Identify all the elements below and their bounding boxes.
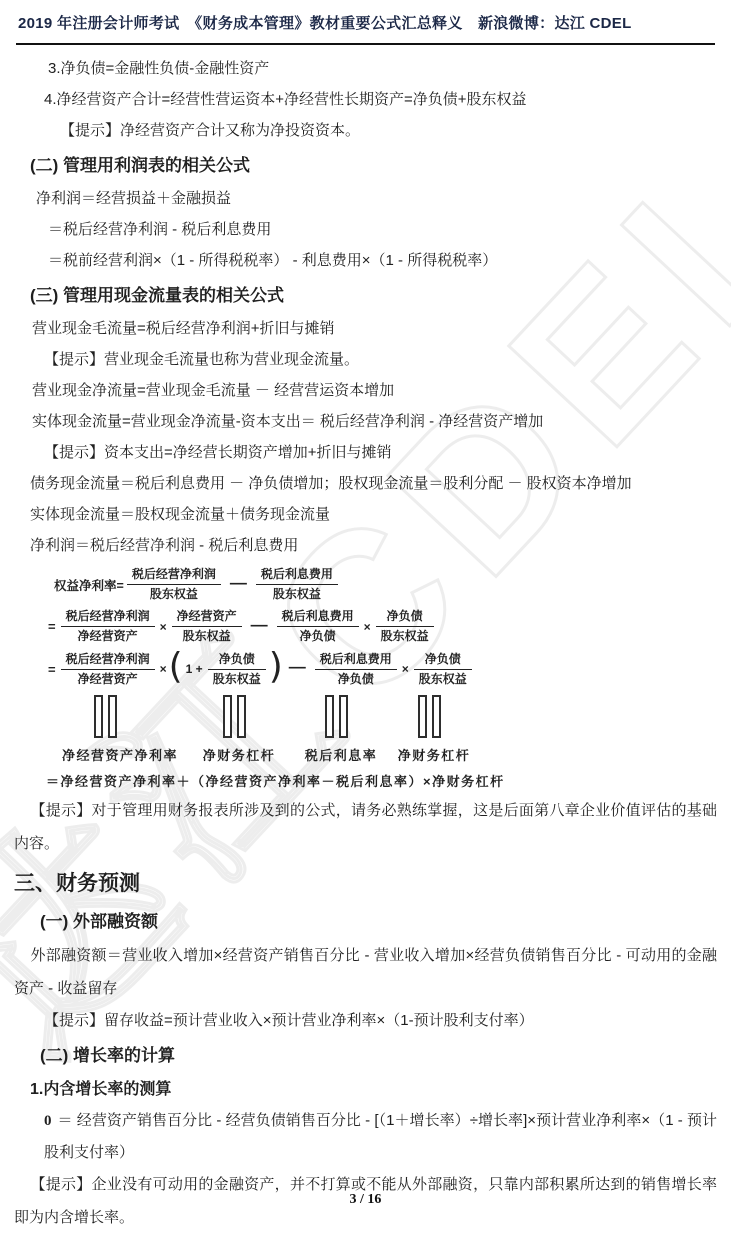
- heading-growth-rate: (二) 增长率的计算: [14, 1039, 717, 1073]
- formula-net-operating-assets: 4.净经营资产合计=经营性营运资本+净经营性长期资产=净负债+股东权益: [14, 84, 717, 115]
- formula-net-profit-2: ＝税后经营净利润 - 税后利息费用: [14, 214, 717, 245]
- formula-net-operating-cashflow: 营业现金净流量=营业现金毛流量 － 经营营运资本增加: [14, 375, 717, 406]
- formula-net-profit-4: 净利润＝税后经营净利润 - 税后利息费用: [14, 530, 717, 561]
- minus-sign: —: [230, 573, 247, 593]
- formula-net-profit-3: ＝税前经营利润×（1 - 所得税税率） - 利息费用×（1 - 所得税税率）: [14, 245, 717, 276]
- equivalence-bars-icon: [418, 695, 441, 738]
- fraction-npat-over-noa: 税后经营净利润 净经营资产: [61, 609, 155, 644]
- equivalence-bars-icon: [94, 695, 117, 738]
- roe-lead: 权益净利率=: [34, 576, 124, 594]
- page-body: 2019 年注册会计师考试 《财务成本管理》教材重要公式汇总释义 新浪微博：达江…: [0, 0, 731, 1234]
- page-number: 3 / 16: [0, 1192, 731, 1208]
- times-sign: ×: [402, 662, 409, 676]
- equals-sign: =: [34, 662, 58, 677]
- minus-sign: —: [251, 615, 268, 635]
- minus-sign: —: [289, 657, 306, 677]
- left-paren: (: [169, 649, 183, 685]
- fraction-noa-over-equity: 净经营资产 股东权益: [172, 609, 242, 644]
- equals-sign: =: [34, 619, 58, 634]
- heading-internal-growth-rate: 1.内含增长率的测算: [14, 1075, 717, 1105]
- internal-growth-expression: ＝ 经营资产销售百分比 - 经营负债销售百分比 - [（1＋增长率）÷增长率]×…: [44, 1112, 717, 1161]
- roe-row-3: = 税后经营净利润 净经营资产 × ( 1 + 净负债 股东权益 ) —: [34, 651, 717, 687]
- formula-net-debt: 3.净负债=金融性负债-金融性资产: [14, 53, 717, 84]
- times-sign: ×: [160, 662, 167, 676]
- page-header: 2019 年注册会计师考试 《财务成本管理》教材重要公式汇总释义 新浪微博：达江…: [14, 12, 717, 36]
- formula-entity-cashflow-2: 实体现金流量＝股权现金流量＋债务现金流量: [14, 499, 717, 530]
- fraction-npat-over-equity: 税后经营净利润 股东权益: [127, 567, 221, 602]
- roe-row-1: 权益净利率= 税后经营净利润 股东权益 — 税后利息费用 股东权益: [34, 567, 717, 602]
- tip-capital-expenditure: 【提示】资本支出=净经营长期资产增加+折旧与摊销: [14, 437, 717, 468]
- formula-net-profit: 净利润＝经营损益＋金融损益: [14, 183, 717, 214]
- document-page: 达江CDEL 2019 年注册会计师考试 《财务成本管理》教材重要公式汇总释义 …: [0, 0, 731, 1236]
- heading-managerial-income-statement: (二) 管理用利润表的相关公式: [14, 149, 717, 183]
- fraction-interest-over-equity: 税后利息费用 股东权益: [256, 567, 338, 602]
- label-net-financial-leverage-2: 净财务杠杆: [398, 745, 471, 764]
- fraction-interest-over-debt: 税后利息费用 净负债: [277, 609, 359, 644]
- zero-value: 0: [44, 1113, 58, 1129]
- equivalence-bars-row: [34, 694, 717, 742]
- roe-final-formula: ＝净经营资产净利率＋（净经营资产净利率－税后利息率）×净财务杠杆: [46, 771, 717, 790]
- label-net-financial-leverage: 净财务杠杆: [203, 745, 276, 764]
- label-after-tax-interest-rate: 税后利息率: [305, 745, 378, 764]
- times-sign: ×: [364, 620, 371, 634]
- label-noa-net-margin: 净经营资产净利率: [62, 745, 178, 764]
- equivalence-bars-icon: [223, 695, 246, 738]
- times-sign: ×: [160, 620, 167, 634]
- tip-master-formulas: 【提示】对于管理用财务报表所涉及到的公式，请务必熟练掌握，这是后面第八章企业价值…: [14, 794, 717, 860]
- formula-debt-equity-cashflow: 债务现金流量＝税后利息费用 － 净负债增加；股权现金流量＝股利分配 － 股权资本…: [14, 468, 717, 499]
- roe-term-labels: 净经营资产净利率 净财务杠杆 税后利息率 净财务杠杆: [34, 745, 717, 765]
- formula-entity-cashflow: 实体现金流量=营业现金净流量-资本支出＝ 税后经营净利润 - 净经营资产增加: [14, 406, 717, 437]
- heading-managerial-cashflow-statement: (三) 管理用现金流量表的相关公式: [14, 279, 717, 313]
- heading-financial-forecast: 三、财务预测: [14, 866, 717, 902]
- fraction-npat-over-noa: 税后经营净利润 净经营资产: [61, 652, 155, 687]
- fraction-debt-over-equity: 净负债 股东权益: [376, 609, 434, 644]
- fraction-interest-over-debt: 税后利息费用 净负债: [315, 652, 397, 687]
- tip-gross-cashflow: 【提示】营业现金毛流量也称为营业现金流量。: [14, 344, 717, 375]
- right-paren: ): [269, 649, 283, 685]
- tip-net-invested-capital: 【提示】净经营资产合计又称为净投资资本。: [14, 115, 717, 146]
- fraction-debt-over-equity: 净负债 股东权益: [208, 652, 266, 687]
- one-plus: 1 +: [186, 662, 203, 676]
- page-number-text: 3 / 16: [350, 1192, 382, 1207]
- roe-row-2: = 税后经营净利润 净经营资产 × 净经营资产 股东权益 — 税后利息费用 净负…: [34, 609, 717, 644]
- formula-internal-growth: 0＝ 经营资产销售百分比 - 经营负债销售百分比 - [（1＋增长率）÷增长率]…: [44, 1105, 717, 1168]
- fraction-debt-over-equity: 净负债 股东权益: [414, 652, 472, 687]
- formula-gross-operating-cashflow: 营业现金毛流量=税后经营净利润+折旧与摊销: [14, 313, 717, 344]
- heading-external-financing: (一) 外部融资额: [14, 905, 717, 939]
- tip-retained-earnings: 【提示】留存收益=预计营业收入×预计营业净利率×（1-预计股利支付率）: [14, 1005, 717, 1036]
- header-title: 2019 年注册会计师考试 《财务成本管理》教材重要公式汇总释义 新浪微博：达江…: [18, 15, 632, 32]
- equivalence-bars-icon: [325, 695, 348, 738]
- roe-decomposition-formula: 权益净利率= 税后经营净利润 股东权益 — 税后利息费用 股东权益 = 税后经营…: [34, 567, 717, 790]
- formula-external-financing: 外部融资额＝营业收入增加×经营资产销售百分比 - 营业收入增加×经营负债销售百分…: [14, 939, 717, 1005]
- content-area: 3.净负债=金融性负债-金融性资产 4.净经营资产合计=经营性营运资本+净经营性…: [14, 45, 717, 1234]
